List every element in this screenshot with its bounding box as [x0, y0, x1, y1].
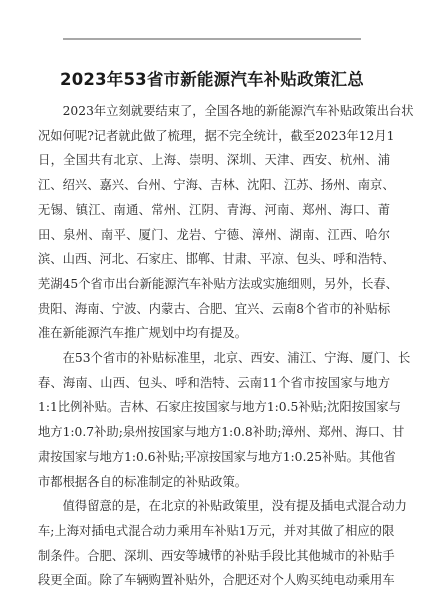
text-line: 江、绍兴、嘉兴、台州、宁海、吉林、沈阳、江苏、扬州、南京、	[38, 173, 390, 198]
text-line: 日，全国共有北京、上海、崇明、深圳、天津、西安、杭州、浦	[38, 148, 390, 173]
paragraph-1: 2023年立刻就要结束了，全国各地的新能源汽车补贴政策出台状 况如何呢?记者就此…	[38, 99, 390, 346]
document-body: 2023年立刻就要结束了，全国各地的新能源汽车补贴政策出台状 况如何呢?记者就此…	[38, 99, 390, 593]
text-line: 在53个省市的补贴标准里，北京、西安、浦江、宁海、厦门、长	[38, 346, 390, 371]
document-title: 2023年53省市新能源汽车补贴政策汇总	[0, 66, 424, 90]
text-line: 值得留意的是，在北京的补贴政策里，没有提及插电式混合动力	[38, 494, 390, 519]
paragraph-3: 值得留意的是，在北京的补贴政策里，没有提及插电式混合动力 车;上海对插电式混合动…	[38, 494, 390, 593]
text-line: 滨、山西、河北、石家庄、邯郸、甘肃、平凉、包头、呼和浩特、	[38, 247, 390, 272]
page-indicator: 1 / 7	[0, 548, 424, 557]
text-line: 车;上海对插电式混合动力乘用车补贴1万元，并对其做了相应的限	[38, 519, 390, 544]
text-line: 况如何呢?记者就此做了梳理，据不完全统计，截至2023年12月1	[38, 124, 390, 149]
text-line: 田、泉州、南平、厦门、龙岩、宁德、漳州、湖南、江西、哈尔	[38, 223, 390, 248]
text-line: 贵阳、海南、宁波、内蒙古、合肥、宜兴、云南8个省市的补贴标	[38, 297, 390, 322]
text-line: 芜湖45个省市出台新能源汽车补贴方法或实施细则，另外，长春、	[38, 272, 390, 297]
paragraph-2: 在53个省市的补贴标准里，北京、西安、浦江、宁海、厦门、长 春、海南、山西、包头…	[38, 346, 390, 494]
text-line: 段更全面。除了车辆购置补贴外，合肥还对个人购买纯电动乘用车	[38, 568, 390, 593]
text-line: 地方1:0.7补助;泉州按国家与地方1:0.8补助;漳州、郑州、海口、甘	[38, 420, 390, 445]
text-line: 肃按国家与地方1:0.6补贴;平凉按国家与地方1:0.25补贴。其他省	[38, 445, 390, 470]
text-line: 春、海南、山西、包头、呼和浩特、云南11个省市按国家与地方	[38, 371, 390, 396]
text-line: 无锡、镇江、南通、常州、江阴、青海、河南、郑州、海口、莆	[38, 198, 390, 223]
text-line: 2023年立刻就要结束了，全国各地的新能源汽车补贴政策出台状	[38, 99, 390, 124]
text-line: 准在新能源汽车推广规划中均有提及。	[38, 321, 390, 346]
text-line: 1:1比例补贴。吉林、石家庄按国家与地方1:0.5补贴;沈阳按国家与	[38, 395, 390, 420]
text-line: 市都根据各自的标准制定的补贴政策。	[38, 470, 390, 495]
header-rule	[63, 38, 361, 40]
